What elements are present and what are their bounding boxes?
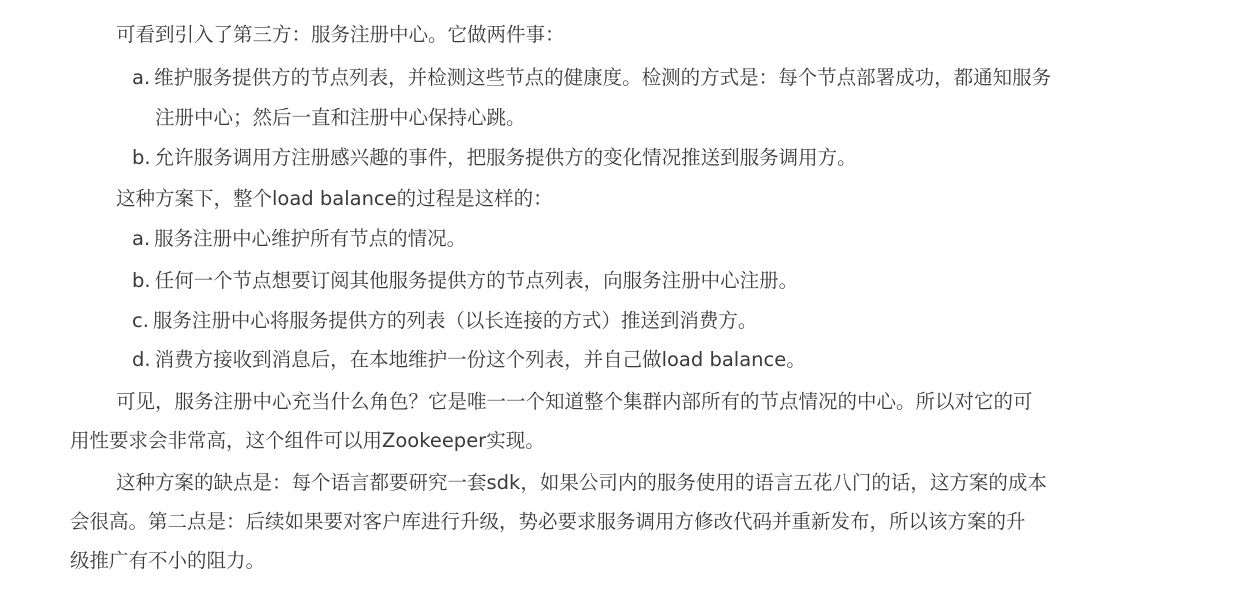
- list-marker: c.: [132, 308, 149, 334]
- paragraph-text: 会很高。第二点是：后续如果要对客户库进行升级，势必要求服务调用方修改代码并重新发…: [70, 510, 1026, 533]
- paragraph-text: 用性要求会非常高，这个组件可以用Zookeeper实现。: [70, 429, 545, 452]
- paragraph-text: 可见，服务注册中心充当什么角色？它是唯一一个知道整个集群内部所有的节点情况的中心…: [116, 390, 1033, 413]
- intro-paragraph: 可看到引入了第三方：服务注册中心。它做两件事：: [116, 22, 565, 48]
- list-marker: d.: [132, 347, 151, 373]
- role-paragraph-line-2: 用性要求会非常高，这个组件可以用Zookeeper实现。: [70, 428, 545, 454]
- process-step-c: c.服务注册中心将服务提供方的列表（以长连接的方式）推送到消费方。: [132, 308, 757, 334]
- list-marker: a.: [132, 65, 150, 91]
- process-intro-text: 这种方案下，整个load balance的过程是这样的：: [116, 187, 553, 210]
- process-step-d: d.消费方接收到消息后，在本地维护一份这个列表，并自己做load balance…: [132, 347, 806, 373]
- registry-duty-b: b.允许服务调用方注册感兴趣的事件，把服务提供方的变化情况推送到服务调用方。: [132, 145, 857, 171]
- list-item-text: 服务注册中心维护所有节点的情况。: [154, 227, 466, 250]
- list-item-text: 允许服务调用方注册感兴趣的事件，把服务提供方的变化情况推送到服务调用方。: [155, 146, 857, 169]
- list-item-text: 服务注册中心将服务提供方的列表（以长连接的方式）推送到消费方。: [153, 309, 758, 332]
- list-item-text: 任何一个节点想要订阅其他服务提供方的节点列表，向服务注册中心注册。: [155, 269, 799, 292]
- drawback-paragraph-line-1: 这种方案的缺点是：每个语言都要研究一套sdk，如果公司内的服务使用的语言五花八门…: [116, 470, 1047, 496]
- process-step-a: a.服务注册中心维护所有节点的情况。: [132, 226, 466, 252]
- list-item-text: 维护服务提供方的节点列表，并检测这些节点的健康度。检测的方式是：每个节点部署成功…: [154, 66, 1051, 89]
- paragraph-text: 这种方案的缺点是：每个语言都要研究一套sdk，如果公司内的服务使用的语言五花八门…: [116, 471, 1047, 494]
- list-item-text: 注册中心；然后一直和注册中心保持心跳。: [155, 106, 526, 129]
- paragraph-text: 级推广有不小的阻力。: [70, 549, 265, 572]
- registry-duty-a-continuation: 注册中心；然后一直和注册中心保持心跳。: [155, 105, 526, 131]
- intro-text: 可看到引入了第三方：服务注册中心。它做两件事：: [116, 23, 565, 46]
- list-marker: b.: [132, 268, 151, 294]
- list-marker: b.: [132, 145, 151, 171]
- document-body: 可看到引入了第三方：服务注册中心。它做两件事： a.维护服务提供方的节点列表，并…: [0, 0, 1233, 613]
- process-intro-paragraph: 这种方案下，整个load balance的过程是这样的：: [116, 186, 553, 212]
- registry-duty-a: a.维护服务提供方的节点列表，并检测这些节点的健康度。检测的方式是：每个节点部署…: [132, 65, 1051, 91]
- drawback-paragraph-line-2: 会很高。第二点是：后续如果要对客户库进行升级，势必要求服务调用方修改代码并重新发…: [70, 509, 1026, 535]
- role-paragraph-line-1: 可见，服务注册中心充当什么角色？它是唯一一个知道整个集群内部所有的节点情况的中心…: [116, 389, 1033, 415]
- list-item-text: 消费方接收到消息后，在本地维护一份这个列表，并自己做load balance。: [155, 348, 806, 371]
- list-marker: a.: [132, 226, 150, 252]
- drawback-paragraph-line-3: 级推广有不小的阻力。: [70, 548, 265, 574]
- process-step-b: b.任何一个节点想要订阅其他服务提供方的节点列表，向服务注册中心注册。: [132, 268, 798, 294]
